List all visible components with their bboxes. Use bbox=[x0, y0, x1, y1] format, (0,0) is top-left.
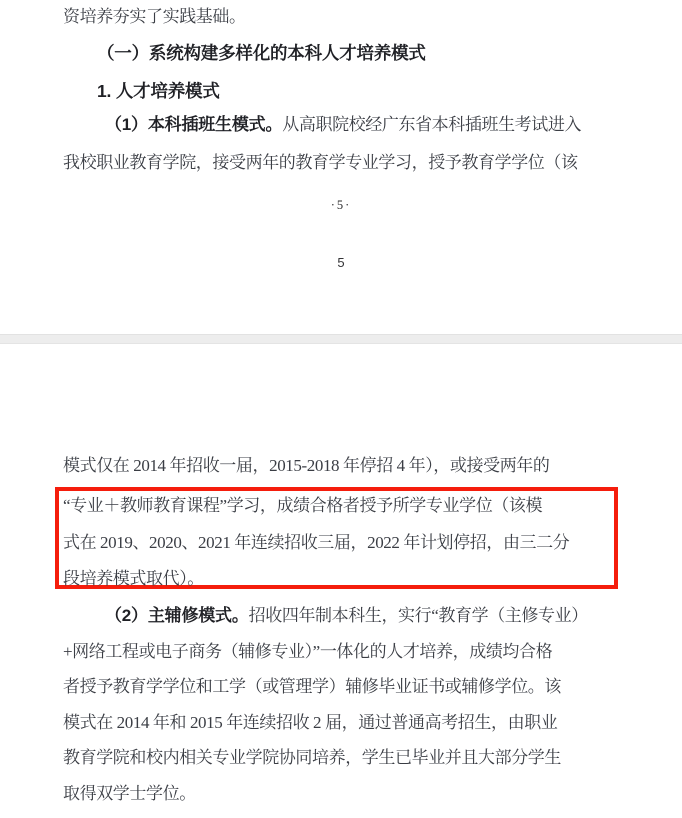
item-label: （2）主辅修模式。 bbox=[105, 606, 249, 625]
highlighted-line: 段培养模式取代）。 bbox=[63, 568, 603, 590]
body-line: 者授予教育学学位和工学（或管理学）辅修毕业证书或辅修学位。该 bbox=[63, 676, 603, 698]
item-text: 招收四年制本科生，实行“教育学（主修专业） bbox=[249, 606, 588, 625]
body-line: +网络工程或电子商务（辅修专业）”一体化的人才培养，成绩均合格 bbox=[63, 641, 603, 663]
body-line: （1）本科插班生模式。从高职院校经广东省本科插班生考试进入 bbox=[63, 114, 603, 136]
highlighted-line: “专业＋教师教育课程”学习，成绩合格者授予所学专业学位（该模 bbox=[63, 495, 603, 517]
body-line: 资培养夯实了实践基础。 bbox=[63, 6, 603, 28]
highlighted-line: 式在 2019、2020、2021 年连续招收三届，2022 年计划停招，由三二… bbox=[63, 532, 603, 554]
body-line: 模式仅在 2014 年招收一届，2015-2018 年停招 4 年），或接受两年… bbox=[63, 455, 603, 477]
sub-heading: 1. 人才培养模式 bbox=[63, 78, 603, 103]
document-viewer: 资培养夯实了实践基础。 （一）系统构建多样化的本科人才培养模式 1. 人才培养模… bbox=[0, 0, 682, 818]
item-label: （1）本科插班生模式。 bbox=[105, 115, 282, 134]
page-number-label: 5 bbox=[0, 255, 682, 270]
body-line: 教育学院和校内相关专业学院协同培养，学生已毕业并且大部分学生 bbox=[63, 747, 603, 769]
body-line: 模式在 2014 年和 2015 年连续招收 2 届，通过普通高考招生，由职业 bbox=[63, 712, 603, 734]
page-footer-mark: ·5· bbox=[0, 198, 682, 213]
body-line: 我校职业教育学院，接受两年的教育学专业学习，授予教育学学位（该 bbox=[63, 152, 603, 174]
page-separator bbox=[0, 334, 682, 344]
section-heading: （一）系统构建多样化的本科人才培养模式 bbox=[63, 40, 603, 65]
body-line: （2）主辅修模式。招收四年制本科生，实行“教育学（主修专业） bbox=[63, 605, 603, 627]
body-line: 取得双学士学位。 bbox=[63, 783, 603, 805]
item-text: 从高职院校经广东省本科插班生考试进入 bbox=[282, 115, 581, 134]
